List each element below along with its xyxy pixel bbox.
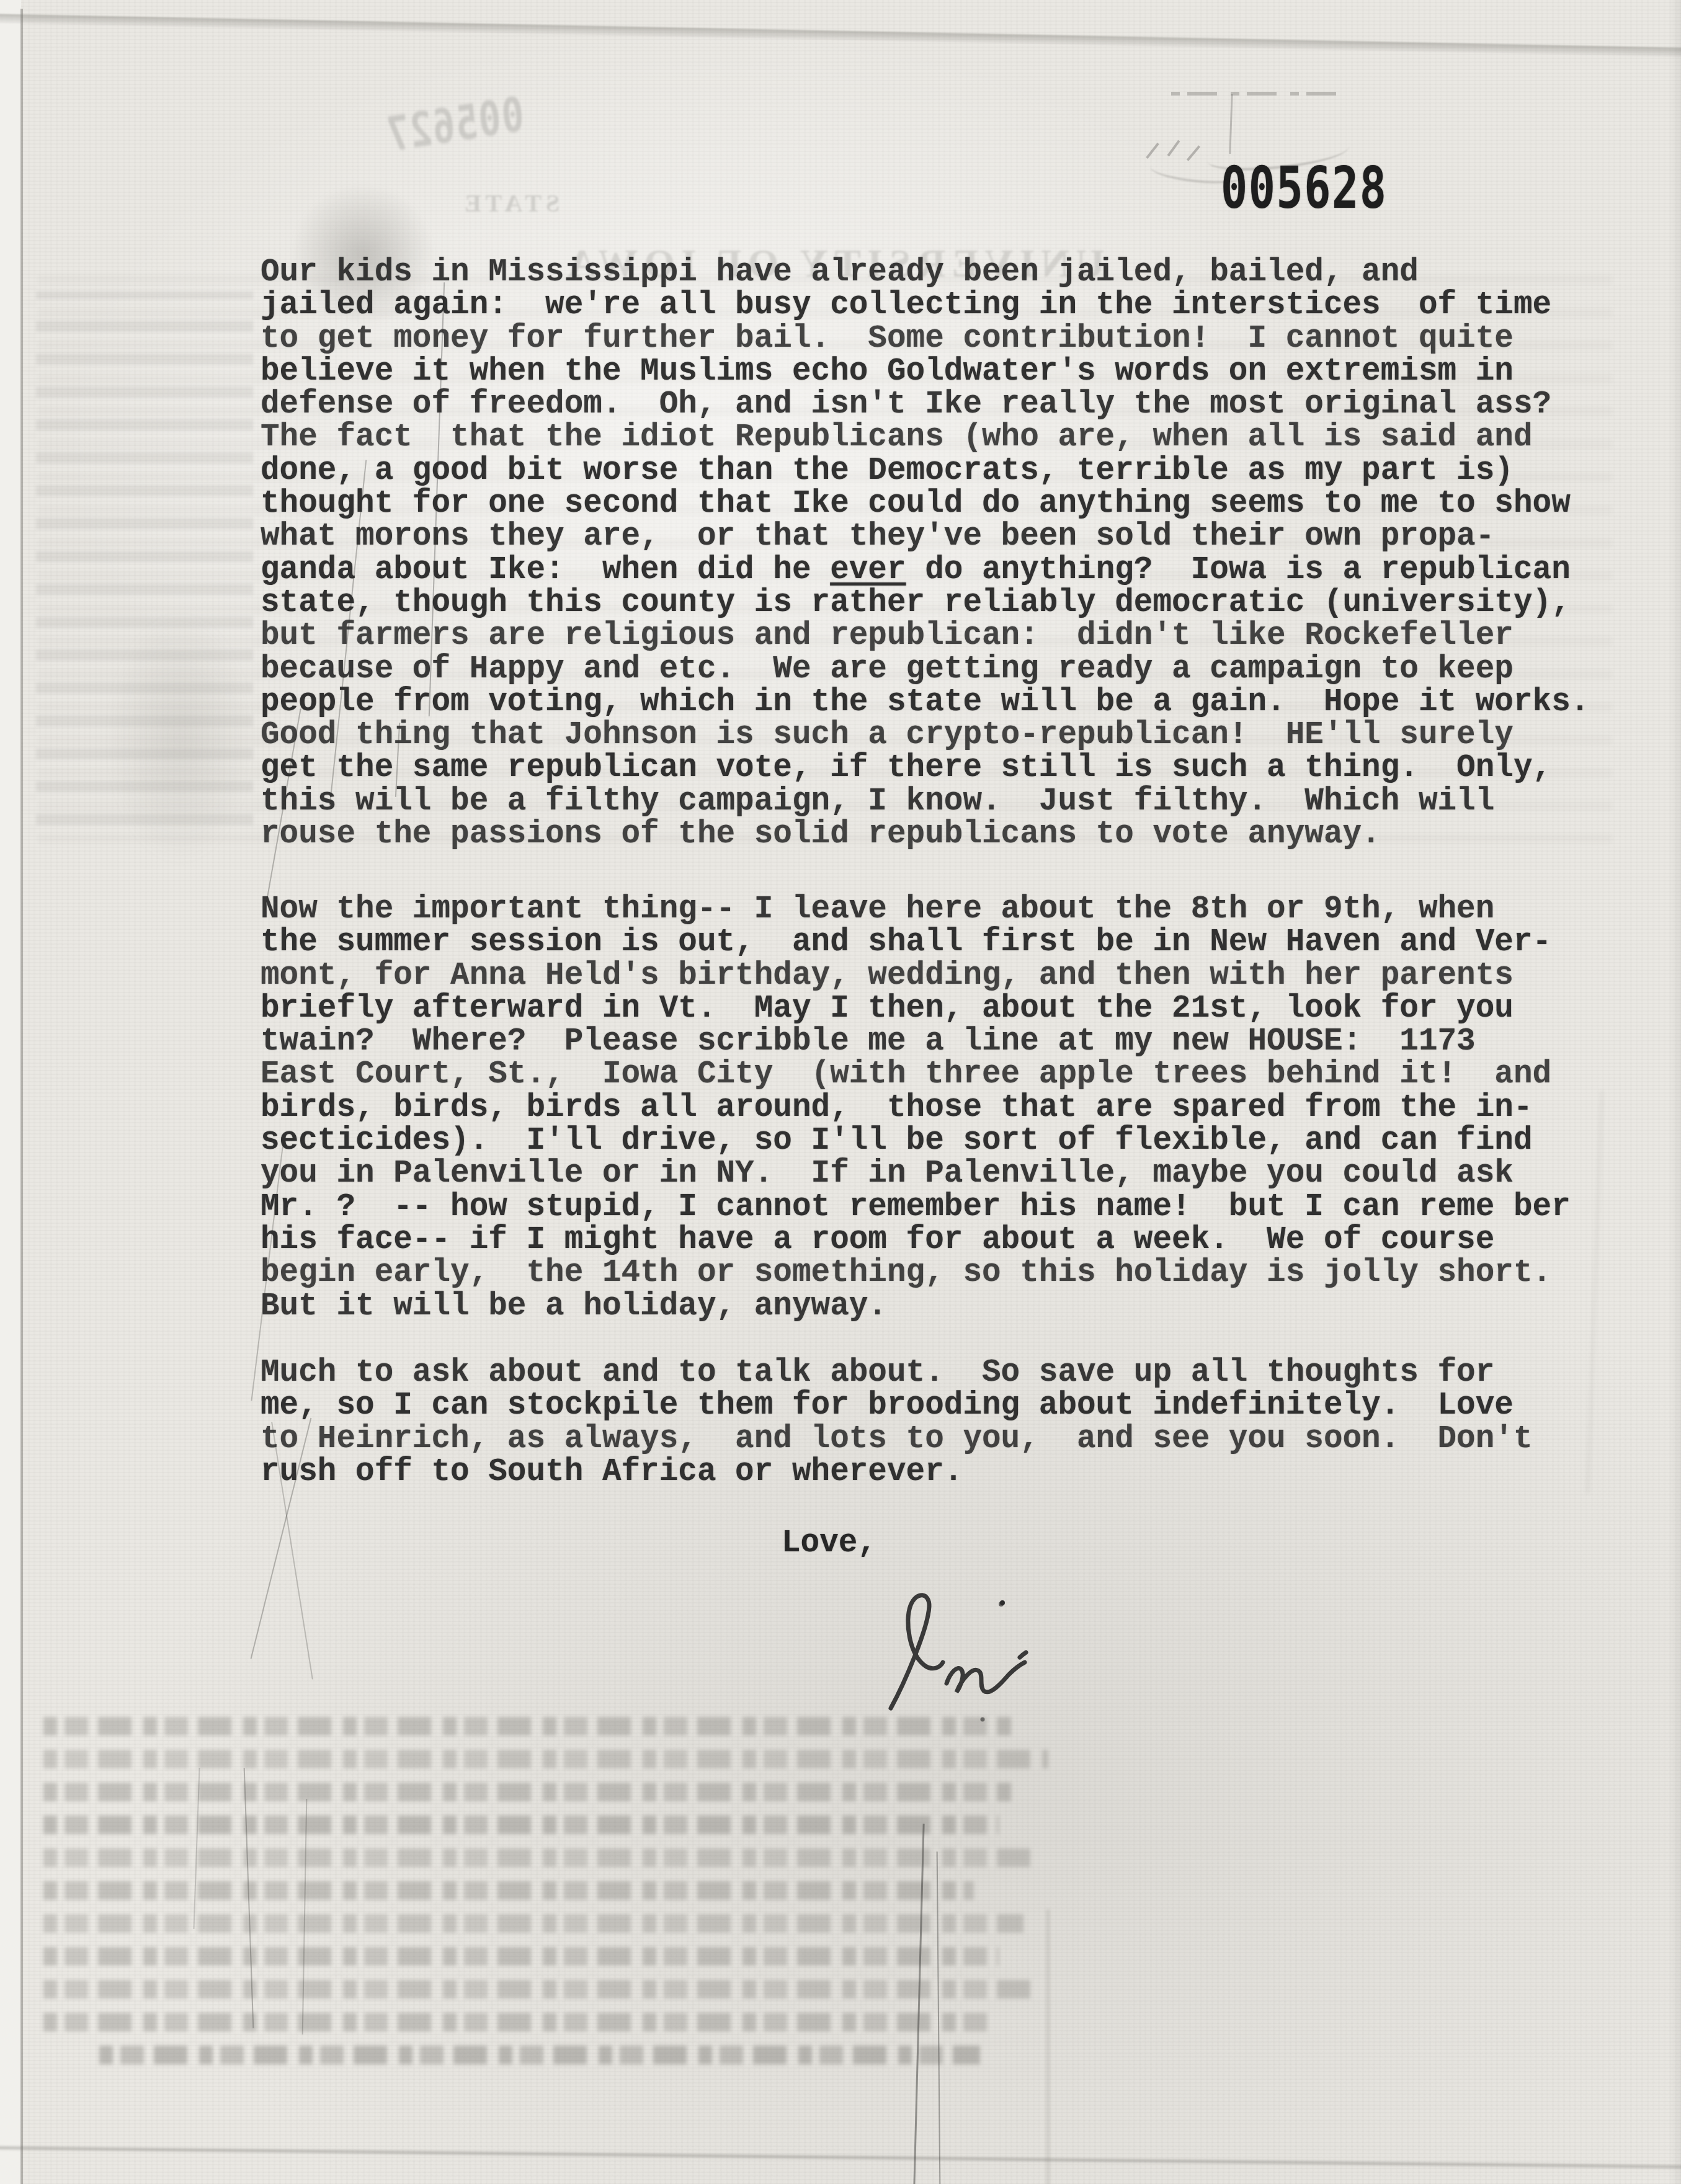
paper-right-edge-shade: [1669, 0, 1681, 2184]
letter-line: but farmers are religious and republican…: [261, 620, 1589, 653]
paragraph-3: Much to ask about and to talk about. So …: [261, 1357, 1533, 1489]
bleedthrough-text-row: [43, 1980, 1042, 1999]
letter-line: Our kids in Mississippi have already bee…: [261, 256, 1589, 289]
bleedthrough-text-row: [43, 1750, 1048, 1768]
archive-number-stamp: 005628: [1221, 155, 1388, 221]
paper-left-edge: [20, 9, 23, 2184]
letter-line: secticides). I'll drive, so I'll be sort…: [261, 1125, 1571, 1157]
letter-line: state, though this county is rather reli…: [261, 587, 1589, 620]
pencil-tick: [1167, 140, 1180, 157]
letter-line: birds, birds, birds all around, those th…: [261, 1092, 1571, 1125]
closing-salutation: Love,: [782, 1527, 876, 1560]
letter-line: thought for one second that Ike could do…: [261, 488, 1589, 520]
letter-line: what morons they are, or that they've be…: [261, 520, 1589, 553]
paper-top-edge: [0, 14, 1681, 58]
letter-line: Good thing that Johnson is such a crypto…: [261, 719, 1589, 752]
letter-line: get the same republican vote, if there s…: [261, 752, 1589, 785]
paragraph-2: Now the important thing-- I leave here a…: [261, 893, 1571, 1323]
letter-line: his face-- if I might have a room for ab…: [261, 1224, 1571, 1257]
letter-line: The fact that the idiot Republicans (who…: [261, 421, 1589, 454]
bleedthrough-text-row: [43, 1881, 974, 1900]
bleedthrough-text-row: [43, 1816, 999, 1834]
letter-line: briefly afterward in Vt. May I then, abo…: [261, 992, 1571, 1025]
letter-line: this will be a filthy campaign, I know. …: [261, 785, 1589, 818]
bleedthrough-text-row: [43, 1848, 1036, 1867]
vertical-fold-crease: [1046, 1909, 1050, 2184]
letter-line: Mr. ? -- how stupid, I cannot remember h…: [261, 1191, 1571, 1224]
letter-line: rouse the passions of the solid republic…: [261, 818, 1589, 851]
letter-line: But it will be a holiday, anyway.: [261, 1290, 1571, 1323]
bleedthrough-text-row: [43, 2013, 992, 2031]
paragraph-1: Our kids in Mississippi have already bee…: [261, 256, 1589, 851]
bleedthrough-text-row: [99, 2046, 980, 2064]
horizontal-fold-crease: [0, 2145, 1681, 2170]
letter-line: rush off to South Africa or wherever.: [261, 1456, 1533, 1489]
letter-line: Much to ask about and to talk about. So …: [261, 1357, 1533, 1389]
letter-line: me, so I can stockpile them for brooding…: [261, 1389, 1533, 1422]
bleedthrough-letterhead-state: STATE: [460, 189, 560, 218]
letter-line: ganda about Ike: when did he ever do any…: [261, 554, 1589, 587]
letter-line: believe it when the Muslims echo Goldwat…: [261, 355, 1589, 388]
bleedthrough-stamp-005627: 005627: [383, 86, 526, 163]
signature-script: [873, 1585, 1041, 1734]
scanner-margin-left: [0, 0, 21, 2184]
letter-line: because of Happy and etc. We are getting…: [261, 653, 1589, 686]
scratch-line: [913, 1824, 924, 2184]
bleedthrough-text-row: [43, 1717, 1011, 1736]
letter-line: to Heinrich, as always, and lots to you,…: [261, 1423, 1533, 1456]
letter-line: you in Palenville or in NY. If in Palenv…: [261, 1157, 1571, 1190]
bleedthrough-text-row: [43, 1783, 1011, 1801]
bleedthrough-text-row: [43, 1947, 999, 1966]
letter-line: twain? Where? Please scribble me a line …: [261, 1025, 1571, 1058]
bleedthrough-text-row: [43, 1914, 1023, 1933]
vertical-wrinkle: [1586, 1090, 1604, 1494]
scanned-letter-page: 005627 STATE UNIVERSITY OF IOWA 005628 O…: [0, 0, 1681, 2184]
pencil-dash-marks: [1171, 92, 1337, 96]
letter-line: East Court, St., Iowa City (with three a…: [261, 1058, 1571, 1091]
letter-line: defense of freedom. Oh, and isn't Ike re…: [261, 388, 1589, 421]
pencil-tick: [1187, 145, 1200, 161]
letter-line: jailed again: we're all busy collecting …: [261, 289, 1589, 322]
letter-line: Now the important thing-- I leave here a…: [261, 893, 1571, 926]
letter-line: done, a good bit worse than the Democrat…: [261, 455, 1589, 488]
letter-line: people from voting, which in the state w…: [261, 686, 1589, 719]
letter-line: the summer session is out, and shall fir…: [261, 926, 1571, 959]
letter-line: begin early, the 14th or something, so t…: [261, 1257, 1571, 1290]
letter-line: to get money for further bail. Some cont…: [261, 323, 1589, 355]
letter-line: mont, for Anna Held's birthday, wedding,…: [261, 960, 1571, 992]
